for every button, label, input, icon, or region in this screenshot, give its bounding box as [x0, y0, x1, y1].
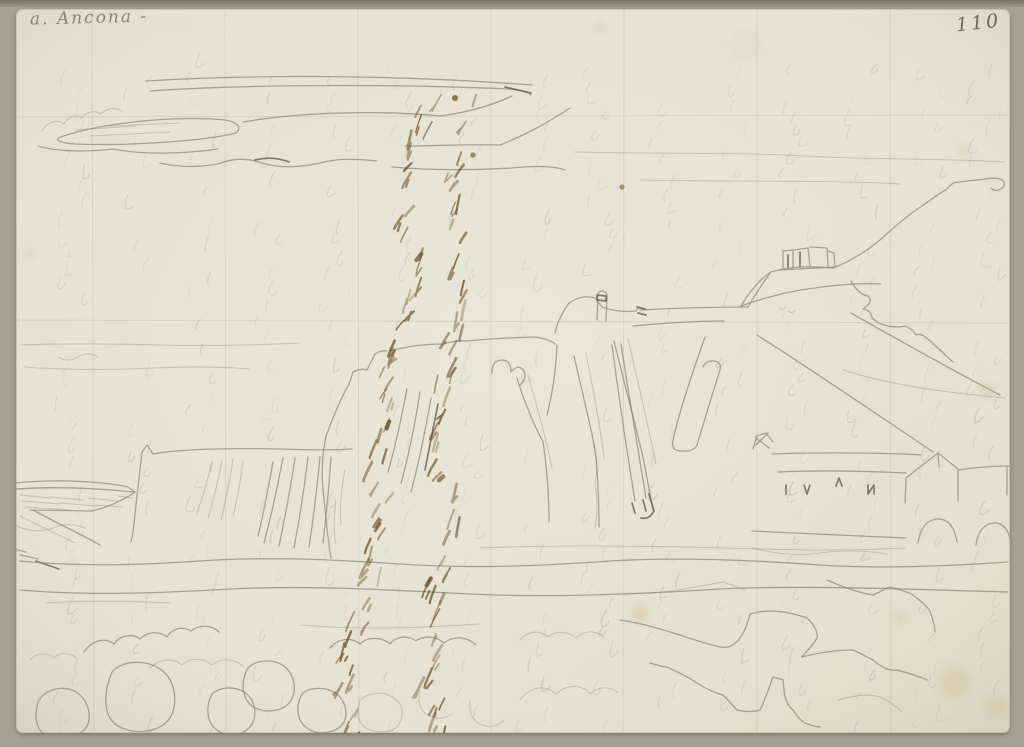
artwork-scan-svg	[0, 0, 1024, 747]
scanned-sketch-page: a. Ancona - 110	[0, 0, 1024, 747]
page-number: 110	[955, 10, 1002, 37]
inscription-ancona: a. Ancona -	[30, 6, 149, 29]
sheet-of-paper	[16, 9, 1010, 733]
